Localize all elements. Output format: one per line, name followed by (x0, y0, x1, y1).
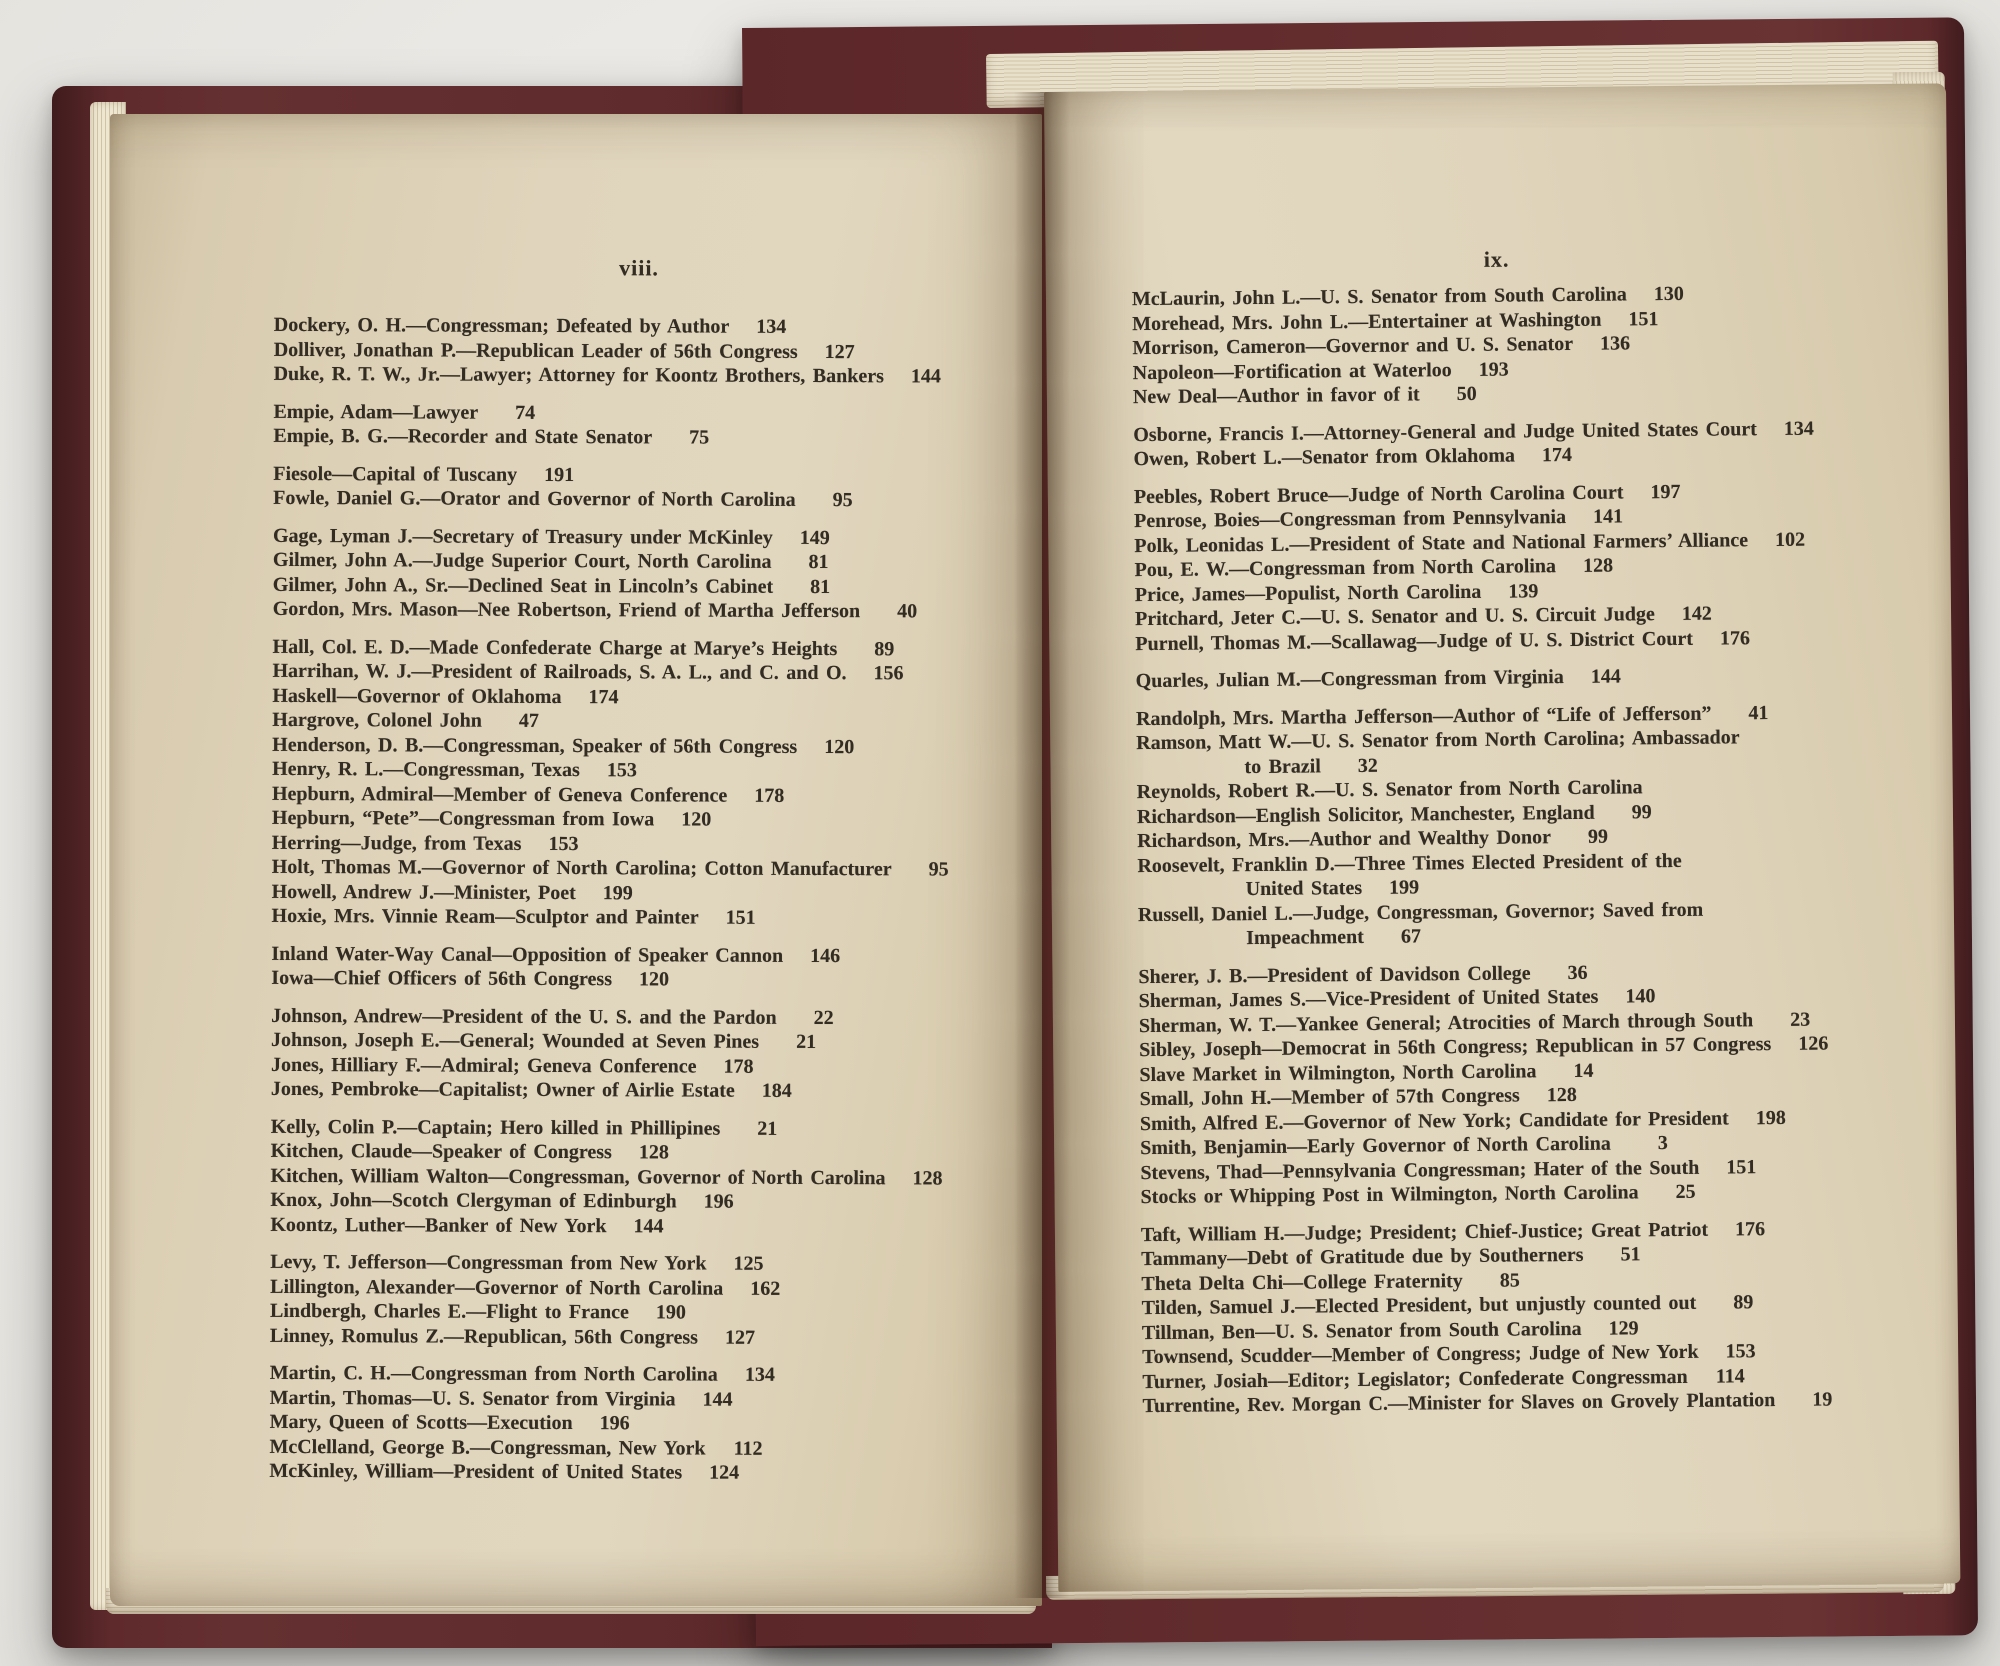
entry-text: Kitchen, William Walton—Congressman, Gov… (271, 1163, 886, 1190)
entry-page-number: 21 (772, 1030, 816, 1055)
entry-page-number: 191 (530, 462, 574, 487)
entry-page-number: 134 (742, 315, 786, 340)
index-entry: Hargrove, Colonel John47 (272, 708, 1002, 735)
entry-text: Johnson, Andrew—President of the U. S. a… (271, 1003, 777, 1029)
index-entry: McKinley, William—President of United St… (269, 1459, 999, 1486)
entry-page-number: 139 (1494, 579, 1538, 604)
index-entry: Gordon, Mrs. Mason—Nee Robertson, Friend… (273, 597, 1003, 624)
entry-page-number: 36 (1544, 960, 1588, 985)
entry-text: Gilmer, John A., Sr.—Declined Seat in Li… (273, 572, 773, 598)
index-entry: Howell, Andrew J.—Minister, Poet199 (272, 879, 1002, 906)
index-entry: Lindbergh, Charles E.—Flight to France19… (270, 1299, 1000, 1326)
entry-page-number: 47 (495, 709, 539, 734)
entry-page-number: 144 (689, 1387, 733, 1412)
entry-page-number: 140 (1611, 984, 1655, 1009)
entry-text: Koontz, Luther—Banker of New York (270, 1212, 606, 1238)
entry-text: Sherer, J. B.—President of Davidson Coll… (1138, 961, 1530, 989)
index-entry: Linney, Romulus Z.—Republican, 56th Cong… (270, 1323, 1000, 1350)
left-page-content: viii. Dockery, O. H.—Congressman; Defeat… (107, 112, 1004, 1486)
entry-text: Hargrove, Colonel John (272, 708, 482, 733)
index-group: Taft, William H.—Judge; President; Chief… (1141, 1216, 1873, 1419)
entry-text: Linney, Romulus Z.—Republican, 56th Cong… (270, 1323, 698, 1349)
index-group: Inland Water-Way Canal—Opposition of Spe… (271, 941, 1001, 993)
index-entry: Harrihan, W. J.—President of Railroads, … (272, 659, 1002, 686)
entry-page-number: 22 (790, 1005, 834, 1030)
index-entry: Levy, T. Jefferson—Congressman from New … (270, 1250, 1000, 1277)
index-entry: Inland Water-Way Canal—Opposition of Spe… (271, 941, 1001, 968)
entry-text: Mary, Queen of Scotts—Execution (270, 1410, 573, 1436)
index-group: Kelly, Colin P.—Captain; Hero killed in … (270, 1114, 1000, 1239)
index-entry: Henry, R. L.—Congressman, Texas153 (272, 757, 1002, 784)
index-group: Martin, C. H.—Congressman from North Car… (269, 1361, 999, 1486)
entry-text: McKinley, William—President of United St… (269, 1459, 682, 1485)
index-entry: Gage, Lyman J.—Secretary of Treasury und… (273, 523, 1003, 550)
entry-text: United States (1138, 876, 1363, 903)
entry-page-number: 176 (1706, 626, 1750, 651)
entry-text: Small, John H.—Member of 57th Congress (1140, 1083, 1520, 1111)
entry-page-number: 74 (491, 400, 535, 425)
entry-text: Kelly, Colin P.—Captain; Hero killed in … (271, 1114, 721, 1140)
entry-page-number: 174 (574, 685, 618, 710)
entry-page-number: 178 (709, 1054, 753, 1079)
index-entry: Hall, Col. E. D.—Made Confederate Charge… (273, 634, 1003, 661)
index-entry: Johnson, Andrew—President of the U. S. a… (271, 1003, 1001, 1030)
entry-text: Quarles, Julian M.—Congressman from Virg… (1136, 665, 1564, 694)
entry-page-number: 197 (1636, 479, 1680, 504)
index-list-left: Dockery, O. H.—Congressman; Defeated by … (269, 313, 1003, 1486)
index-entry: Jones, Pembroke—Capitalist; Owner of Air… (271, 1077, 1001, 1104)
entry-page-number: 144 (897, 364, 941, 389)
index-group: Fiesole—Capital of Tuscany191Fowle, Dani… (273, 461, 1003, 513)
entry-text: Holt, Thomas M.—Governor of North Caroli… (272, 855, 892, 882)
entry-text: Kitchen, Claude—Speaker of Congress (271, 1139, 612, 1165)
entry-text: Theta Delta Chi—College Fraternity (1141, 1269, 1463, 1297)
entry-page-number: 174 (1528, 443, 1572, 468)
page-number-header-left: viii. (274, 255, 1004, 282)
entry-text: Inland Water-Way Canal—Opposition of Spe… (271, 941, 783, 967)
index-entry: Jones, Hilliary F.—Admiral; Geneva Confe… (271, 1052, 1001, 1079)
entry-text: Iowa—Chief Officers of 56th Congress (271, 966, 612, 992)
entry-page-number: 126 (1784, 1032, 1828, 1057)
index-entry: Gilmer, John A., Sr.—Declined Seat in Li… (273, 572, 1003, 599)
entry-page-number: 129 (1594, 1316, 1638, 1341)
index-entry: Fiesole—Capital of Tuscany191 (273, 461, 1003, 488)
index-group: Empie, Adam—Lawyer74Empie, B. G.—Recorde… (273, 399, 1003, 451)
entry-page-number: 75 (665, 425, 709, 450)
entry-text: Martin, Thomas—U. S. Senator from Virgin… (270, 1385, 676, 1411)
index-group: Levy, T. Jefferson—Congressman from New … (270, 1250, 1000, 1351)
entry-text: to Brazil (1136, 754, 1321, 780)
entry-text: Martin, C. H.—Congressman from North Car… (270, 1361, 718, 1387)
entry-page-number: 130 (1640, 282, 1684, 307)
entry-page-number: 193 (1465, 357, 1509, 382)
index-entry: Quarles, Julian M.—Congressman from Virg… (1136, 662, 1866, 694)
entry-text: Napoleon—Fortification at Waterloo (1133, 358, 1452, 386)
entry-page-number: 136 (1586, 331, 1630, 356)
entry-page-number: 81 (786, 574, 830, 599)
index-list-right: McLaurin, John L.—U. S. Senator from Sou… (1132, 280, 1873, 1418)
entry-text: McClelland, George B.—Congressman, New Y… (269, 1434, 705, 1460)
entry-page-number: 21 (733, 1116, 777, 1141)
entry-page-number: 127 (811, 339, 855, 364)
index-entry: Knox, John—Scotch Clergyman of Edinburgh… (270, 1188, 1000, 1215)
entry-page-number: 178 (740, 783, 784, 808)
entry-text: Jones, Hilliary F.—Admiral; Geneva Confe… (271, 1052, 697, 1078)
entry-page-number: 95 (905, 857, 949, 882)
entry-page-number: 112 (719, 1436, 763, 1461)
entry-text: Hepburn, “Pete”—Congressman from Iowa (272, 806, 654, 832)
entry-page-number: 134 (731, 1363, 775, 1388)
entry-text: Lindbergh, Charles E.—Flight to France (270, 1299, 629, 1325)
index-group: Quarles, Julian M.—Congressman from Virg… (1136, 662, 1866, 694)
open-book-photo: viii. Dockery, O. H.—Congressman; Defeat… (0, 0, 2000, 1666)
entry-page-number: 89 (1709, 1290, 1753, 1315)
index-entry: Dockery, O. H.—Congressman; Defeated by … (274, 313, 1004, 340)
entry-text: Dolliver, Jonathan P.—Republican Leader … (274, 337, 798, 364)
entry-page-number: 144 (619, 1214, 663, 1239)
entry-page-number: 124 (695, 1461, 739, 1486)
entry-text: New Deal—Author in favor of it (1133, 382, 1420, 409)
entry-text: Fiesole—Capital of Tuscany (273, 461, 517, 486)
entry-text: Purnell, Thomas M.—Scallawag—Judge of U.… (1135, 626, 1693, 656)
entry-text: Haskell—Governor of Oklahoma (272, 683, 561, 709)
entry-page-number: 114 (1701, 1364, 1745, 1389)
entry-page-number: 81 (784, 550, 828, 575)
entry-page-number: 153 (593, 758, 637, 783)
entry-text: Herring—Judge, from Texas (272, 830, 522, 855)
entry-page-number: 120 (625, 967, 669, 992)
entry-page-number: 128 (1533, 1083, 1577, 1108)
entry-page-number: 51 (1596, 1242, 1640, 1267)
entry-page-number: 120 (667, 807, 711, 832)
entry-text: Henderson, D. B.—Congressman, Speaker of… (272, 732, 797, 759)
entry-text: Jones, Pembroke—Capitalist; Owner of Air… (271, 1077, 735, 1103)
entry-page-number: 50 (1433, 382, 1477, 407)
entry-text: Knox, John—Scotch Clergyman of Edinburgh (270, 1188, 676, 1214)
entry-page-number: 128 (625, 1140, 669, 1165)
entry-page-number: 151 (712, 906, 756, 931)
right-page: ix. McLaurin, John L.—U. S. Senator from… (1044, 83, 1960, 1592)
index-entry: Dolliver, Jonathan P.—Republican Leader … (274, 337, 1004, 364)
entry-page-number: 128 (1569, 554, 1613, 579)
entry-page-number: 67 (1377, 924, 1421, 949)
entry-page-number: 95 (809, 488, 853, 513)
index-group: Peebles, Robert Bruce—Judge of North Car… (1134, 478, 1866, 656)
index-entry: Empie, B. G.—Recorder and State Senator7… (273, 424, 1003, 451)
entry-text: Howell, Andrew J.—Minister, Poet (272, 879, 576, 905)
index-entry: Kitchen, Claude—Speaker of Congress128 (271, 1139, 1001, 1166)
entry-page-number: 40 (873, 599, 917, 624)
entry-page-number: 149 (786, 525, 830, 550)
entry-page-number: 142 (1668, 602, 1712, 627)
entry-text: Levy, T. Jefferson—Congressman from New … (270, 1250, 706, 1276)
entry-text: Roosevelt, Franklin D.—Three Times Elect… (1137, 848, 1682, 878)
entry-text: Henry, R. L.—Congressman, Texas (272, 757, 580, 783)
entry-text: Gage, Lyman J.—Secretary of Treasury und… (273, 523, 773, 549)
entry-page-number: 127 (711, 1325, 755, 1350)
index-entry: Iowa—Chief Officers of 56th Congress120 (271, 966, 1001, 993)
entry-page-number: 3 (1624, 1131, 1668, 1156)
entry-page-number: 102 (1761, 527, 1805, 552)
entry-text: Dockery, O. H.—Congressman; Defeated by … (274, 313, 730, 339)
entry-page-number: 19 (1788, 1387, 1832, 1412)
index-entry: Kitchen, William Walton—Congressman, Gov… (271, 1163, 1001, 1190)
index-entry: Koontz, Luther—Banker of New York144 (270, 1212, 1000, 1239)
index-entry: Holt, Thomas M.—Governor of North Caroli… (272, 855, 1002, 882)
entry-page-number: 89 (850, 637, 894, 662)
entry-text: Owen, Robert L.—Senator from Oklahoma (1133, 443, 1515, 471)
entry-page-number: 196 (690, 1190, 734, 1215)
entry-page-number: 120 (810, 734, 854, 759)
page-number-header-right: ix. (1132, 244, 1862, 275)
index-group: Dockery, O. H.—Congressman; Defeated by … (274, 313, 1004, 389)
entry-page-number: 99 (1608, 800, 1652, 825)
index-entry: Fowle, Daniel G.—Orator and Governor of … (273, 486, 1003, 513)
entry-page-number (1655, 775, 1699, 800)
entry-page-number: 14 (1549, 1058, 1593, 1083)
entry-text: Empie, Adam—Lawyer (273, 399, 478, 424)
entry-text: Hall, Col. E. D.—Made Confederate Charge… (273, 634, 838, 661)
entry-page-number: 156 (860, 661, 904, 686)
index-group: Osborne, Francis I.—Attorney-General and… (1133, 416, 1863, 472)
index-group: McLaurin, John L.—U. S. Senator from Sou… (1132, 280, 1863, 410)
entry-text: Pou, E. W.—Congressman from North Caroli… (1134, 554, 1556, 583)
entry-text: Slave Market in Wilmington, North Caroli… (1139, 1059, 1536, 1087)
entry-page-number: 85 (1476, 1268, 1520, 1293)
entry-page-number: 151 (1614, 307, 1658, 332)
entry-page-number: 199 (589, 881, 633, 906)
entry-text: Empie, B. G.—Recorder and State Senator (273, 424, 652, 450)
entry-page-number: 25 (1651, 1180, 1695, 1205)
entry-page-number: 196 (586, 1411, 630, 1436)
entry-text: Hepburn, Admiral—Member of Geneva Confer… (272, 781, 727, 807)
entry-text: Johnson, Joseph E.—General; Wounded at S… (271, 1028, 759, 1054)
index-entry: Kelly, Colin P.—Captain; Hero killed in … (271, 1114, 1001, 1141)
entry-page-number: 146 (796, 943, 840, 968)
entry-text: Turrentine, Rev. Morgan C.—Minister for … (1143, 1388, 1776, 1419)
index-entry: Gilmer, John A.—Judge Superior Court, No… (273, 548, 1003, 575)
entry-page-number: 32 (1334, 753, 1378, 778)
index-entry: Mary, Queen of Scotts—Execution196 (270, 1410, 1000, 1437)
entry-text: Fowle, Daniel G.—Orator and Governor of … (273, 486, 796, 513)
entry-text: Duke, R. T. W., Jr.—Lawyer; Attorney for… (274, 362, 884, 389)
index-entry: Hoxie, Mrs. Vinnie Ream—Sculptor and Pai… (272, 904, 1002, 931)
entry-text: Lillington, Alexander—Governor of North … (270, 1274, 723, 1300)
entry-page-number: 141 (1579, 504, 1623, 529)
index-entry: Lillington, Alexander—Governor of North … (270, 1274, 1000, 1301)
index-entry: Hepburn, “Pete”—Congressman from Iowa120 (272, 806, 1002, 833)
index-entry: Martin, Thomas—U. S. Senator from Virgin… (270, 1385, 1000, 1412)
entry-text: Hoxie, Mrs. Vinnie Ream—Sculptor and Pai… (272, 904, 699, 930)
index-entry: Henderson, D. B.—Congressman, Speaker of… (272, 732, 1002, 759)
index-entry: Martin, C. H.—Congressman from North Car… (270, 1361, 1000, 1388)
entry-text: Price, James—Populist, North Carolina (1135, 579, 1482, 607)
entry-page-number: 199 (1375, 875, 1419, 900)
entry-page-number: 151 (1712, 1155, 1756, 1180)
left-page: viii. Dockery, O. H.—Congressman; Defeat… (110, 114, 1042, 1606)
entry-page-number: 190 (642, 1300, 686, 1325)
entry-text: Gilmer, John A.—Judge Superior Court, No… (273, 548, 772, 574)
right-page-content: ix. McLaurin, John L.—U. S. Senator from… (1044, 84, 1873, 1419)
index-group: Sherer, J. B.—President of Davidson Coll… (1138, 958, 1870, 1210)
entry-page-number: 144 (1577, 664, 1621, 689)
entry-page-number: 134 (1770, 416, 1814, 441)
entry-page-number: 176 (1721, 1217, 1765, 1242)
index-entry: McClelland, George B.—Congressman, New Y… (269, 1434, 999, 1461)
index-group: Johnson, Andrew—President of the U. S. a… (271, 1003, 1001, 1104)
entry-page-number: 125 (720, 1252, 764, 1277)
entry-page-number: 184 (748, 1079, 792, 1104)
index-entry: Empie, Adam—Lawyer74 (273, 399, 1003, 426)
index-entry: Johnson, Joseph E.—General; Wounded at S… (271, 1028, 1001, 1055)
index-entry: Herring—Judge, from Texas153 (272, 830, 1002, 857)
entry-text: Gordon, Mrs. Mason—Nee Robertson, Friend… (273, 597, 861, 624)
entry-text: Impeachment (1138, 925, 1364, 952)
index-group: Hall, Col. E. D.—Made Confederate Charge… (272, 634, 1003, 931)
entry-text: Harrihan, W. J.—President of Railroads, … (272, 659, 846, 686)
entry-page-number: 198 (1742, 1105, 1786, 1130)
entry-page-number: 99 (1564, 825, 1608, 850)
index-entry: Haskell—Governor of Oklahoma174 (272, 683, 1002, 710)
index-entry: Duke, R. T. W., Jr.—Lawyer; Attorney for… (274, 362, 1004, 389)
entry-page-number: 162 (736, 1276, 780, 1301)
index-entry: Hepburn, Admiral—Member of Geneva Confer… (272, 781, 1002, 808)
entry-page-number: 41 (1724, 701, 1768, 726)
entry-page-number: 128 (899, 1166, 943, 1191)
entry-text: Stocks or Whipping Post in Wilmington, N… (1140, 1180, 1638, 1209)
entry-page-number: 153 (534, 831, 578, 856)
index-group: Randolph, Mrs. Martha Jefferson—Author o… (1136, 700, 1868, 952)
entry-page-number: 153 (1711, 1339, 1755, 1364)
index-group: Gage, Lyman J.—Secretary of Treasury und… (273, 523, 1003, 624)
entry-page-number: 23 (1766, 1007, 1810, 1032)
